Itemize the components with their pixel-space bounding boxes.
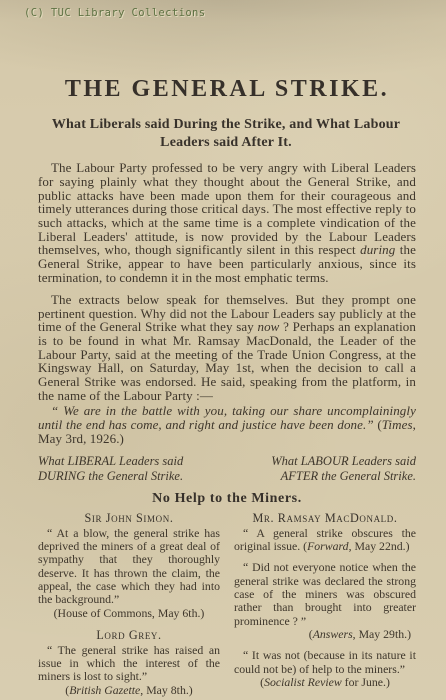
platform-quote: “ We are in the battle with you, taking …	[38, 404, 416, 445]
column-headers: What LIBERAL Leaders said DURING the Gen…	[38, 454, 416, 483]
intro-paragraph-2: The extracts below speak for themselves.…	[38, 293, 416, 402]
scanned-page: { "watermark": { "text": "(C) TUC Librar…	[0, 0, 446, 700]
left-column-header: What LIBERAL Leaders said DURING the Gen…	[38, 454, 227, 483]
quote-source-name: Times	[382, 417, 413, 432]
macdonald-attribution-3-source: Socialist Review	[264, 675, 342, 689]
macdonald-quote-1: “ A general strike obscures the original…	[234, 527, 416, 554]
left-header-line2: DURING the General Strike.	[38, 469, 227, 483]
speaker-lord-grey: Lord Grey.	[38, 629, 220, 643]
page-title: THE GENERAL STRIKE.	[38, 76, 416, 103]
simon-attribution: (House of Commons, May 6th.)	[38, 607, 220, 620]
page-subtitle: What Liberals said During the Strike, an…	[34, 116, 418, 152]
simon-quote: “ At a blow, the general strike has depr…	[38, 527, 220, 607]
two-column-extracts: Sir John Simon. “ At a blow, the general…	[38, 512, 416, 697]
right-column-header: What LABOUR Leaders said AFTER the Gener…	[227, 454, 416, 483]
page-content: THE GENERAL STRIKE. What Liberals said D…	[38, 0, 416, 697]
labour-column: Mr. Ramsay MacDonald. “ A general strike…	[234, 512, 416, 697]
speaker-ramsay-macdonald: Mr. Ramsay MacDonald.	[234, 512, 416, 526]
right-header-line1: What LABOUR Leaders said	[227, 454, 416, 468]
left-header-line1: What LIBERAL Leaders said	[38, 454, 227, 468]
grey-quote: “ The general strike has raised an issue…	[38, 644, 220, 684]
macdonald-attribution-2: (Answers, May 29th.)	[234, 628, 416, 641]
speaker-sir-john-simon: Sir John Simon.	[38, 512, 220, 526]
macdonald-quote-2: “ Did not everyone notice when the gener…	[234, 561, 416, 628]
macdonald-attribution-2-source: Answers	[313, 627, 353, 641]
grey-attribution: (British Gazette, May 8th.)	[38, 684, 220, 697]
section-heading: No Help to the Miners.	[38, 491, 416, 507]
grey-attribution-source: British Gazette	[69, 683, 140, 697]
liberal-column: Sir John Simon. “ At a blow, the general…	[38, 512, 220, 697]
intro-paragraph-1: The Labour Party professed to be very an…	[38, 161, 416, 284]
platform-quote-text: “ We are in the battle with you, taking …	[38, 403, 416, 432]
macdonald-attribution-3: (Socialist Review for June.)	[234, 676, 416, 689]
macdonald-quote-1-source: Forward	[307, 539, 349, 553]
right-header-line2: AFTER the General Strike.	[227, 469, 416, 483]
macdonald-quote-3: “ It was not (because in its nature it c…	[234, 649, 416, 676]
